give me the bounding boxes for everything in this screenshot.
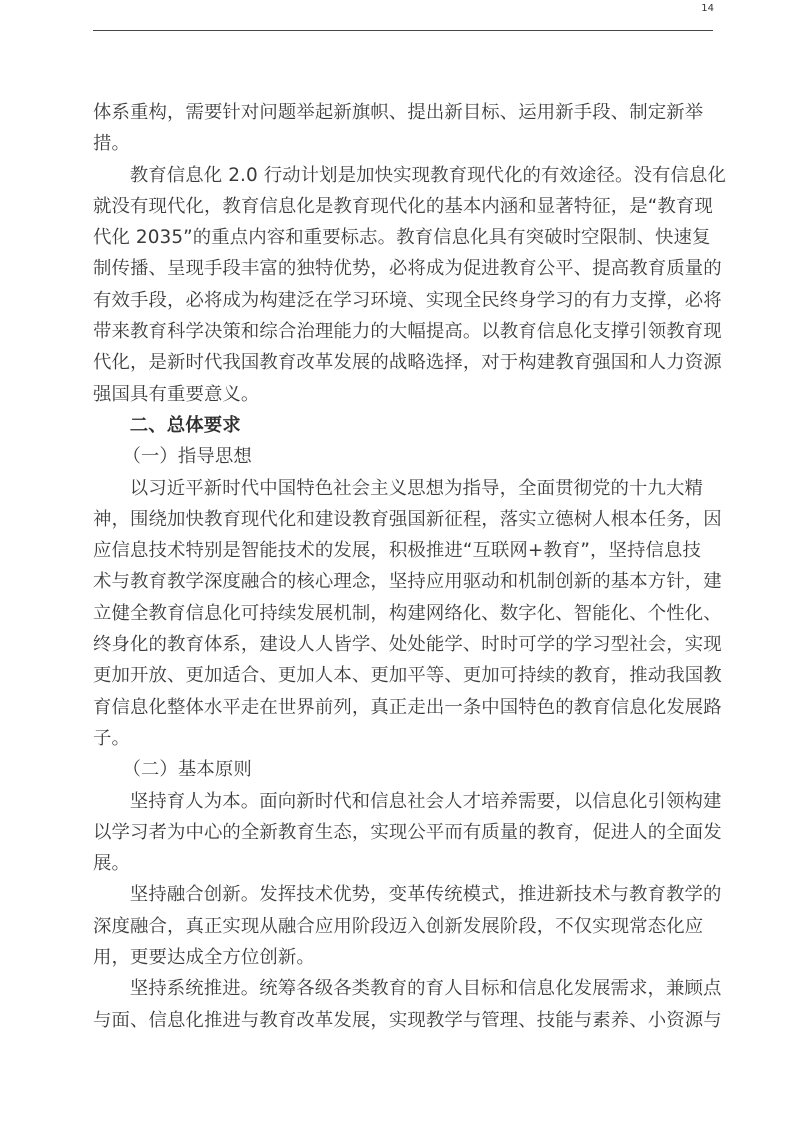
paragraph-integrated-innovation: 坚持融合创新。发挥技术优势，变革传统模式，推进新技术与教育教学的 深度融合，真正… <box>93 879 714 973</box>
text-line: 子。 <box>93 723 714 754</box>
header-divider <box>93 30 713 31</box>
text-line: 育信息化整体水平走在世界前列，真正走出一条中国特色的教育信息化发展路 <box>93 692 714 723</box>
text-line: 术与教育教学深度融合的核心理念，坚持应用驱动和机制创新的基本方针，建 <box>93 566 714 597</box>
subsection-heading-basic-principles: （二）基本原则 <box>93 754 714 785</box>
text-line: 深度融合，真正实现从融合应用阶段迈入创新发展阶段，不仅实现常态化应 <box>93 911 714 942</box>
text-line: 以学习者为中心的全新教育生态，实现公平而有质量的教育，促进人的全面发 <box>93 817 714 848</box>
paragraph-education-informatization: 教育信息化 2.0 行动计划是加快实现教育现代化的有效途径。没有信息化 就没有现… <box>93 160 714 410</box>
text-line: 带来教育科学决策和综合治理能力的大幅提高。以教育信息化支撑引领教育现 <box>93 316 714 347</box>
paragraph-continuation: 体系重构，需要针对问题举起新旗帜、提出新目标、运用新手段、制定新举 措。 <box>93 97 714 160</box>
text-line: 代化 2035”的重点内容和重要标志。教育信息化具有突破时空限制、快速复 <box>93 222 714 253</box>
text-line: 与面、信息化推进与教育改革发展，实现教学与管理、技能与素养、小资源与 <box>93 1005 714 1036</box>
text-line: 制传播、呈现手段丰富的独特优势，必将成为促进教育公平、提高教育质量的 <box>93 253 714 284</box>
section-heading: 二、总体要求 <box>93 410 714 441</box>
text-line: 展。 <box>93 848 714 879</box>
text-line: 代化，是新时代我国教育改革发展的战略选择，对于构建教育强国和人力资源 <box>93 347 714 378</box>
subsection-heading-guiding-ideology: （一）指导思想 <box>93 441 714 472</box>
text-line: 更加开放、更加适合、更加人本、更加平等、更加可持续的教育，推动我国教 <box>93 660 714 691</box>
text-line: 用，更要达成全方位创新。 <box>93 942 714 973</box>
text-line: 强国具有重要意义。 <box>93 379 714 410</box>
paragraph-people-oriented: 坚持育人为本。面向新时代和信息社会人才培养需要，以信息化引领构建 以学习者为中心… <box>93 786 714 880</box>
text-line: 以习近平新时代中国特色社会主义思想为指导，全面贯彻党的十九大精 <box>93 473 714 504</box>
text-line: 终身化的教育体系，建设人人皆学、处处能学、时时可学的学习型社会，实现 <box>93 629 714 660</box>
paragraph-systematic-advancement: 坚持系统推进。统筹各级各类教育的育人目标和信息化发展需求，兼顾点 与面、信息化推… <box>93 973 714 1036</box>
text-line: 神，围绕加快教育现代化和建设教育强国新征程，落实立德树人根本任务，因 <box>93 504 714 535</box>
text-line: 坚持育人为本。面向新时代和信息社会人才培养需要，以信息化引领构建 <box>93 786 714 817</box>
text-line: 坚持系统推进。统筹各级各类教育的育人目标和信息化发展需求，兼顾点 <box>93 973 714 1004</box>
text-line: 体系重构，需要针对问题举起新旗帜、提出新目标、运用新手段、制定新举 <box>93 97 714 128</box>
text-line: 就没有现代化，教育信息化是教育现代化的基本内涵和显著特征，是“教育现 <box>93 191 714 222</box>
text-line: 教育信息化 2.0 行动计划是加快实现教育现代化的有效途径。没有信息化 <box>93 160 714 191</box>
text-line: 立健全教育信息化可持续发展机制，构建网络化、数字化、智能化、个性化、 <box>93 598 714 629</box>
text-line: 措。 <box>93 128 714 159</box>
text-line: 应信息技术特别是智能技术的发展，积极推进“互联网+教育”，坚持信息技 <box>93 535 714 566</box>
document-body: 体系重构，需要针对问题举起新旗帜、提出新目标、运用新手段、制定新举 措。 教育信… <box>93 97 714 1036</box>
text-line: 有效手段，必将成为构建泛在学习环境、实现全民终身学习的有力支撑，必将 <box>93 285 714 316</box>
paragraph-guiding-ideology: 以习近平新时代中国特色社会主义思想为指导，全面贯彻党的十九大精 神，围绕加快教育… <box>93 473 714 755</box>
text-line: 坚持融合创新。发挥技术优势，变革传统模式，推进新技术与教育教学的 <box>93 879 714 910</box>
page-number: 14 <box>690 3 714 14</box>
